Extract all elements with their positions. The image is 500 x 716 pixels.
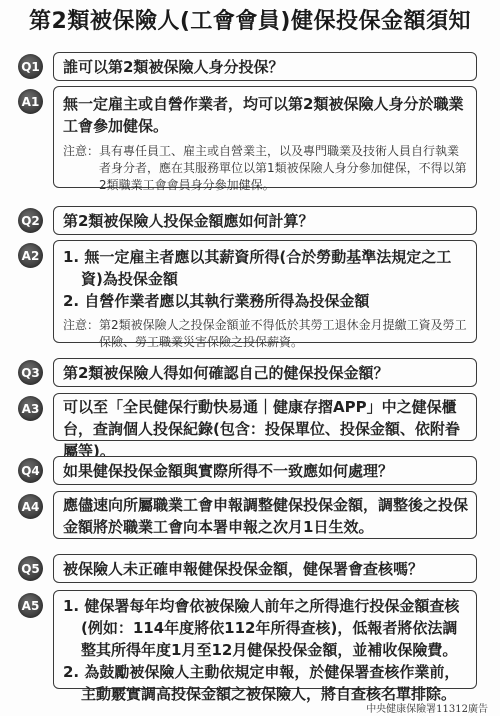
answer-3-text: 可以至「全民健保行動快易通｜健康存摺APP」中之健保櫃台，查詢個人投保紀錄(包含… [63,396,468,462]
answer-2-item-1: 1. 無一定雇主者應以其薪資所得(合於勞動基準法規定之工資)為投保金額 [63,246,468,290]
answer-4-text: 應儘速向所屬職業工會申報調整健保投保金額，調整後之投保金額將於職業工會向本署申報… [63,494,468,538]
footer-credit: 中央健康保險署11312廣告 [366,700,488,715]
a3-badge-icon: A3 [18,396,43,421]
a1-badge-icon: A1 [18,89,43,114]
note-label: 注意： [63,317,99,351]
a5-badge-icon: A5 [18,593,43,618]
a4-badge-icon: A4 [18,494,43,519]
question-2: 第2類被保險人投保金額應如何計算？ [53,206,477,235]
question-1: 誰可以第2類被保險人身分投保？ [53,52,477,81]
answer-3: 可以至「全民健保行動快易通｜健康存摺APP」中之健保櫃台，查詢個人投保紀錄(包含… [53,393,477,441]
answer-5: 1. 健保署每年均會依被保險人前年之所得進行投保金額查核(例如：114年度將依1… [53,590,477,689]
question-5: 被保險人未正確申報健保投保金額，健保署會查核嗎？ [53,554,477,583]
answer-2-note: 注意： 第2類被保險人之投保金額並不得低於其勞工退休金月提繳工資及勞工保險、勞工… [63,317,468,351]
answer-2-item-2: 2. 自營作業者應以其執行業務所得為投保金額 [63,290,468,312]
a2-badge-icon: A2 [18,243,43,268]
note-text: 第2類被保險人之投保金額並不得低於其勞工退休金月提繳工資及勞工保險、勞工職業災害… [99,317,468,351]
q3-badge-icon: Q3 [18,360,43,385]
q1-badge-icon: Q1 [18,54,43,79]
answer-2: 1. 無一定雇主者應以其薪資所得(合於勞動基準法規定之工資)為投保金額 2. 自… [53,240,477,343]
answer-1-note: 注意： 具有專任員工、雇主或自營業主，以及專門職業及技術人員自行執業者身分者，應… [63,143,468,194]
note-text: 具有專任員工、雇主或自營業主，以及專門職業及技術人員自行執業者身分者，應在其服務… [99,143,468,194]
note-label: 注意： [63,143,99,194]
answer-4: 應儘速向所屬職業工會申報調整健保投保金額，調整後之投保金額將於職業工會向本署申報… [53,491,477,539]
answer-5-item-1: 1. 健保署每年均會依被保險人前年之所得進行投保金額查核(例如：114年度將依1… [63,595,468,661]
question-3: 第2類被保險人得如何確認自己的健保投保金額？ [53,358,477,387]
answer-1-text: 無一定雇主或自營作業者，均可以第2類被保險人身分於職業工會參加健保。 [63,93,468,137]
q4-badge-icon: Q4 [18,458,43,483]
question-4: 如果健保投保金額與實際所得不一致應如何處理？ [53,456,477,485]
answer-1: 無一定雇主或自營作業者，均可以第2類被保險人身分於職業工會參加健保。 注意： 具… [53,86,477,188]
answer-5-item-2: 2. 為鼓勵被保險人主動依規定申報，於健保署查核作業前，主動覈實調高投保金額之被… [63,661,468,705]
q5-badge-icon: Q5 [18,556,43,581]
q2-badge-icon: Q2 [18,208,43,233]
page-title: 第2類被保險人(工會會員)健保投保金額須知 [0,7,500,37]
